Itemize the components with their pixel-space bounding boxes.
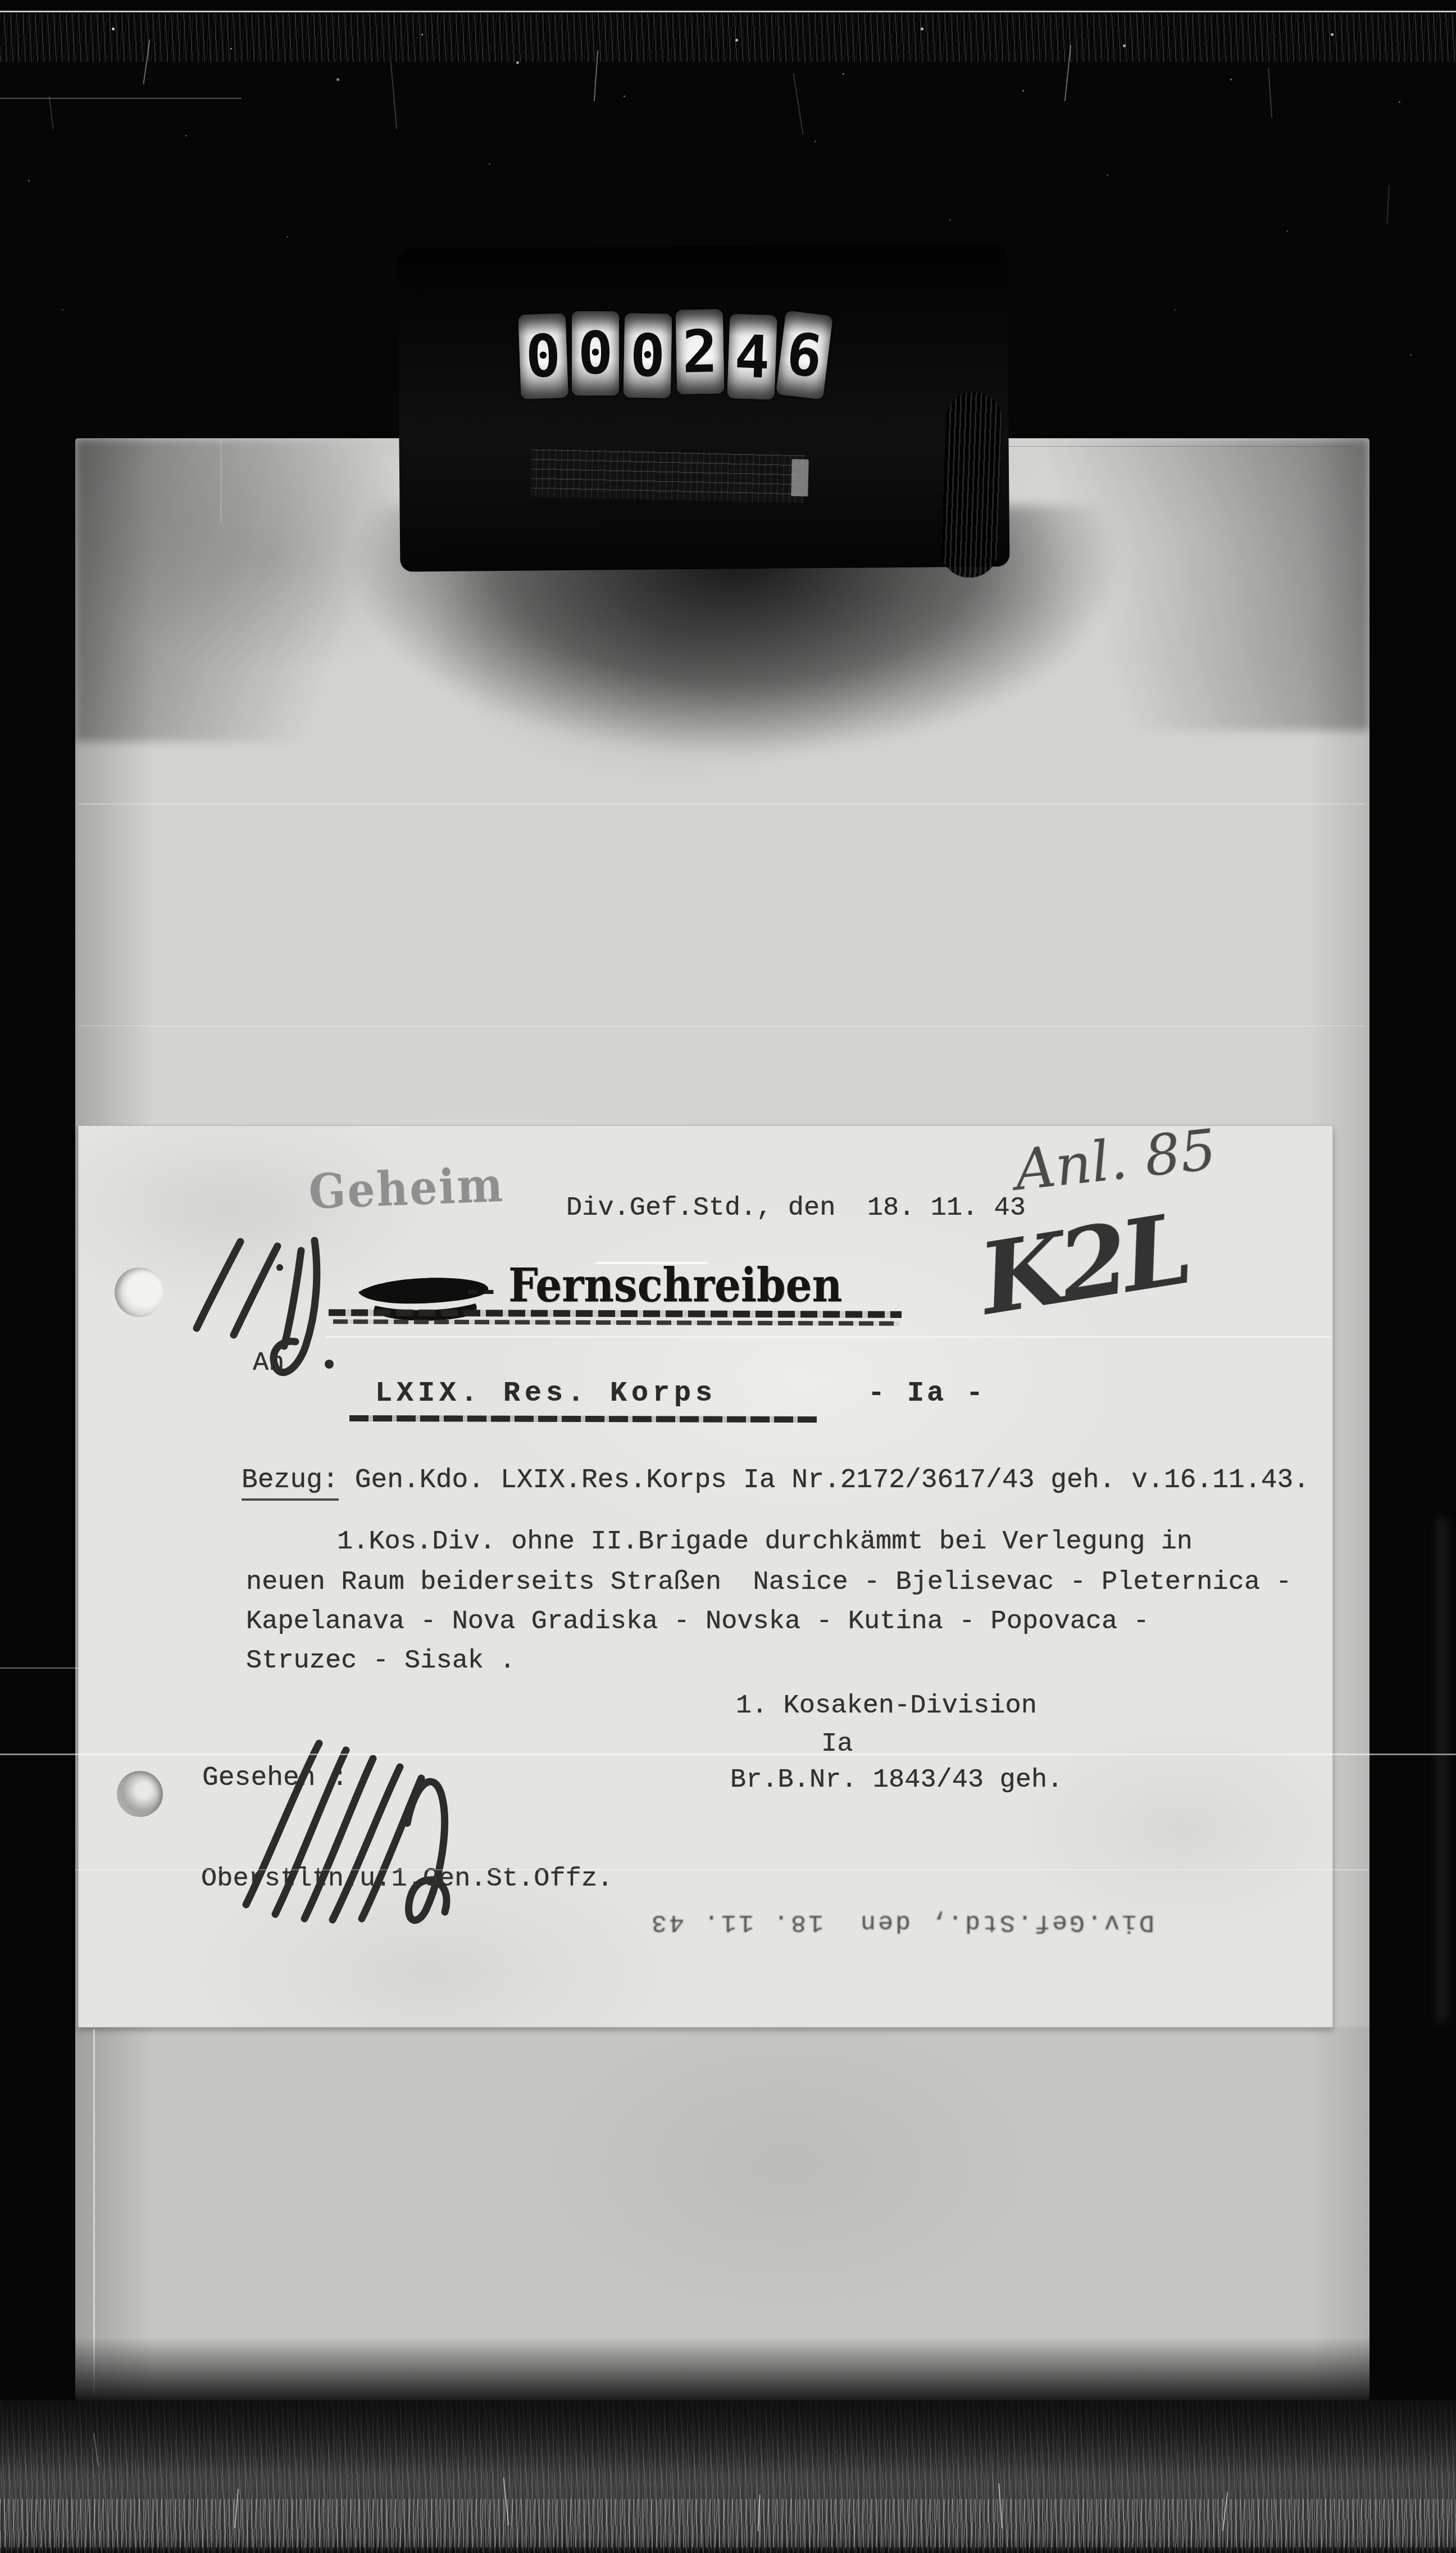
scan-line	[0, 1668, 78, 1669]
counter-digit: 0	[572, 311, 619, 396]
scan-line	[0, 1754, 1456, 1755]
counter-digit: 4	[727, 314, 777, 400]
recipient-underline	[349, 1415, 817, 1423]
document-type-title: Fernschreiben	[508, 1259, 842, 1312]
paper-crease	[79, 1025, 1365, 1026]
scan-line	[595, 1262, 708, 1264]
counter-digit: 6	[776, 310, 833, 399]
page-bottom-shadow	[75, 2337, 1369, 2405]
counter-digit-wheels: 0 0 0 2 4 6	[520, 312, 837, 398]
title-dash: --	[463, 1274, 495, 1311]
ghost-imprint: Div.Gef.Std., den 18. 11. 43	[671, 1908, 1154, 1937]
reference-label: Bezug:	[242, 1465, 339, 1501]
page-counter-device	[398, 243, 1010, 571]
scan-line	[326, 1336, 1331, 1338]
recipient-unit-line: LXIX. Res. Korps	[375, 1378, 717, 1410]
recipient-section: - Ia -	[868, 1378, 986, 1410]
signer-title-line: Oberstltn.u.1.Gen.St.Offz.	[201, 1864, 613, 1894]
reference-text	[339, 1465, 355, 1496]
recipient-to-label: An	[253, 1348, 284, 1378]
film-bottom-fade	[0, 2400, 1456, 2473]
body-line: Kapelanava - Nova Gradiska - Novska - Ku…	[246, 1607, 1149, 1637]
scan-line	[75, 1869, 1367, 1870]
counter-digit: 0	[518, 314, 568, 399]
film-edge-smudge	[1436, 1517, 1448, 2023]
body-line: Struzec - Sisak .	[246, 1646, 515, 1676]
punch-hole	[117, 1771, 163, 1817]
counter-label-plate	[530, 448, 806, 503]
reference-value: Gen.Kdo. LXIX.Res.Korps Ia Nr.2172/3617/…	[355, 1465, 1309, 1496]
paper-crease	[79, 803, 1365, 805]
counter-knurled-knob	[940, 391, 1003, 578]
counter-digit: 0	[624, 313, 672, 398]
body-line: neuen Raum beiderseits Straßen Nasice - …	[246, 1568, 1292, 1597]
signature	[236, 1733, 500, 1927]
reference-line: Bezug: Gen.Kdo. LXIX.Res.Korps Ia Nr.217…	[242, 1465, 1309, 1496]
geheim-stamp: Geheim	[308, 1157, 505, 1220]
film-noise-strip	[0, 13, 1456, 62]
film-edge-line	[0, 11, 1456, 12]
punch-hole	[115, 1268, 164, 1317]
counter-digit: 2	[676, 309, 725, 394]
sender-unit-line: 1. Kosaken-Division	[736, 1691, 1037, 1721]
date-line: Div.Gef.Std., den 18. 11. 43	[566, 1193, 1026, 1223]
film-bottom-scratches	[0, 2499, 1456, 2547]
film-scratch-line	[0, 98, 242, 99]
body-line: 1.Kos.Div. ohne II.Brigade durchkämmt be…	[337, 1527, 1193, 1557]
counter-plate-tab	[791, 459, 808, 497]
sender-reference-line: Br.B.Nr. 1843/43 geh.	[730, 1765, 1063, 1795]
film-frame: 0 0 0 2 4 6 Geheim Div.Gef.Std., den 18.…	[0, 0, 1456, 2553]
